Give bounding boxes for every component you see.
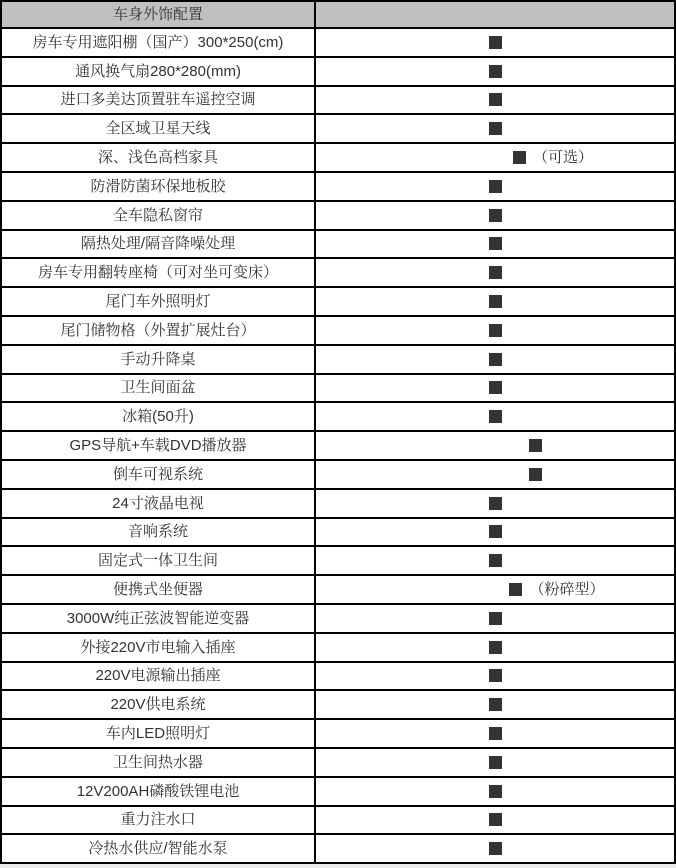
check-square-icon (489, 497, 502, 510)
check-content (489, 381, 502, 394)
feature-label: 冰箱(50升) (2, 403, 316, 430)
check-square-icon (489, 122, 502, 135)
feature-label: 房车专用翻转座椅（可对坐可变床） (2, 259, 316, 286)
table-row: 房车专用遮阳棚（国产）300*250(cm) (2, 29, 674, 58)
check-square-icon (489, 93, 502, 106)
feature-label: 卫生间热水器 (2, 749, 316, 776)
check-cell (316, 202, 674, 229)
table-row: 尾门车外照明灯 (2, 288, 674, 317)
check-square-icon (489, 180, 502, 193)
check-cell (316, 58, 674, 85)
check-content (489, 612, 502, 625)
table-row: 全车隐私窗帘 (2, 202, 674, 231)
check-square-icon (489, 612, 502, 625)
feature-label: 倒车可视系统 (2, 461, 316, 488)
check-content: （可选） (513, 150, 593, 165)
check-content (489, 180, 502, 193)
check-square-icon (489, 698, 502, 711)
check-square-icon (489, 36, 502, 49)
check-cell (316, 519, 674, 546)
table-row: 车内LED照明灯 (2, 720, 674, 749)
check-cell (316, 547, 674, 574)
check-content (489, 295, 502, 308)
check-cell (316, 663, 674, 690)
feature-label: 24寸液晶电视 (2, 490, 316, 517)
check-square-icon (489, 266, 502, 279)
check-cell (316, 749, 674, 776)
check-square-icon (529, 468, 542, 481)
check-content (489, 554, 502, 567)
check-content (489, 669, 502, 682)
check-content (489, 122, 502, 135)
feature-label: 尾门车外照明灯 (2, 288, 316, 315)
check-cell (316, 490, 674, 517)
check-square-icon (489, 554, 502, 567)
check-cell: （粉碎型） (316, 576, 674, 603)
feature-label: 尾门储物格（外置扩展灶台） (2, 317, 316, 344)
table-row: 手动升降桌 (2, 346, 674, 375)
feature-label: 便携式坐便器 (2, 576, 316, 603)
table-row: 外接220V市电输入插座 (2, 634, 674, 663)
table-row: 通风换气扇280*280(mm) (2, 58, 674, 87)
table-row: 倒车可视系统 (2, 461, 674, 490)
feature-label: 12V200AH磷酸铁锂电池 (2, 778, 316, 805)
check-content (489, 698, 502, 711)
check-square-icon (489, 295, 502, 308)
check-square-icon (489, 756, 502, 769)
table-header-right (316, 2, 674, 27)
check-content (489, 410, 502, 423)
check-content (489, 641, 502, 654)
check-square-icon (489, 669, 502, 682)
check-cell (316, 173, 674, 200)
table-row: 24寸液晶电视 (2, 490, 674, 519)
feature-label: 220V电源输出插座 (2, 663, 316, 690)
table-row: 隔热处理/隔音降噪处理 (2, 231, 674, 260)
check-cell (316, 432, 674, 459)
check-cell (316, 835, 674, 862)
check-content (489, 324, 502, 337)
feature-label: 全车隐私窗帘 (2, 202, 316, 229)
check-cell (316, 259, 674, 286)
check-cell (316, 605, 674, 632)
table-row: 尾门储物格（外置扩展灶台） (2, 317, 674, 346)
check-square-icon (509, 583, 522, 596)
table-row: 防滑防菌环保地板胶 (2, 173, 674, 202)
feature-label: 通风换气扇280*280(mm) (2, 58, 316, 85)
feature-label: 全区域卫星天线 (2, 115, 316, 142)
table-row: 进口多美达顶置驻车遥控空调 (2, 87, 674, 116)
check-square-icon (489, 525, 502, 538)
check-content (489, 842, 502, 855)
check-square-icon (529, 439, 542, 452)
table-row: 音响系统 (2, 519, 674, 548)
check-cell (316, 634, 674, 661)
check-content (489, 353, 502, 366)
table-row: 220V供电系统 (2, 691, 674, 720)
check-cell (316, 87, 674, 114)
table-row: 固定式一体卫生间 (2, 547, 674, 576)
check-cell (316, 691, 674, 718)
table-row: 卫生间面盆 (2, 375, 674, 404)
table-row: 3000W纯正弦波智能逆变器 (2, 605, 674, 634)
table-row: 卫生间热水器 (2, 749, 674, 778)
table-row: 冷热水供应/智能水泵 (2, 835, 674, 862)
table-row: 220V电源输出插座 (2, 663, 674, 692)
check-content (489, 525, 502, 538)
check-cell: （可选） (316, 144, 674, 171)
feature-label: 防滑防菌环保地板胶 (2, 173, 316, 200)
feature-label: 重力注水口 (2, 807, 316, 834)
check-note: （可选） (533, 150, 593, 165)
feature-label: 车内LED照明灯 (2, 720, 316, 747)
check-content (529, 468, 542, 481)
table-row: 房车专用翻转座椅（可对坐可变床） (2, 259, 674, 288)
feature-label: 外接220V市电输入插座 (2, 634, 316, 661)
check-content (489, 65, 502, 78)
check-square-icon (489, 65, 502, 78)
table-row: GPS导航+车载DVD播放器 (2, 432, 674, 461)
check-content (489, 756, 502, 769)
check-content (489, 237, 502, 250)
check-cell (316, 231, 674, 258)
check-square-icon (489, 842, 502, 855)
feature-label: 进口多美达顶置驻车遥控空调 (2, 87, 316, 114)
check-cell (316, 29, 674, 56)
check-content (489, 813, 502, 826)
table-row: 冰箱(50升) (2, 403, 674, 432)
table-header-row: 车身外饰配置 (2, 2, 674, 29)
check-content (489, 785, 502, 798)
table-row: 重力注水口 (2, 807, 674, 836)
check-square-icon (489, 381, 502, 394)
check-cell (316, 403, 674, 430)
feature-label: 隔热处理/隔音降噪处理 (2, 231, 316, 258)
feature-label: 220V供电系统 (2, 691, 316, 718)
table-row: 深、浅色高档家具 （可选） (2, 144, 674, 173)
feature-label: GPS导航+车载DVD播放器 (2, 432, 316, 459)
table-header-left: 车身外饰配置 (2, 2, 316, 27)
spec-table: 车身外饰配置 房车专用遮阳棚（国产）300*250(cm) 通风换气扇280*2… (0, 0, 676, 864)
check-content (489, 93, 502, 106)
check-content (489, 36, 502, 49)
check-square-icon (489, 410, 502, 423)
check-cell (316, 807, 674, 834)
check-content (489, 209, 502, 222)
check-content (489, 266, 502, 279)
check-note: （粉碎型） (529, 582, 604, 597)
check-cell (316, 375, 674, 402)
feature-label: 冷热水供应/智能水泵 (2, 835, 316, 862)
check-square-icon (513, 151, 526, 164)
check-square-icon (489, 209, 502, 222)
feature-label: 手动升降桌 (2, 346, 316, 373)
check-cell (316, 720, 674, 747)
table-row: 12V200AH磷酸铁锂电池 (2, 778, 674, 807)
feature-label: 固定式一体卫生间 (2, 547, 316, 574)
feature-label: 3000W纯正弦波智能逆变器 (2, 605, 316, 632)
check-cell (316, 115, 674, 142)
check-cell (316, 778, 674, 805)
check-content (489, 497, 502, 510)
check-square-icon (489, 324, 502, 337)
table-row: 全区域卫星天线 (2, 115, 674, 144)
check-square-icon (489, 813, 502, 826)
feature-label: 房车专用遮阳棚（国产）300*250(cm) (2, 29, 316, 56)
feature-label: 音响系统 (2, 519, 316, 546)
check-content: （粉碎型） (509, 582, 604, 597)
check-square-icon (489, 785, 502, 798)
feature-label: 卫生间面盆 (2, 375, 316, 402)
check-square-icon (489, 727, 502, 740)
check-cell (316, 288, 674, 315)
check-cell (316, 461, 674, 488)
check-square-icon (489, 353, 502, 366)
check-content (529, 439, 542, 452)
table-row: 便携式坐便器 （粉碎型） (2, 576, 674, 605)
check-square-icon (489, 641, 502, 654)
feature-label: 深、浅色高档家具 (2, 144, 316, 171)
check-square-icon (489, 237, 502, 250)
check-content (489, 727, 502, 740)
check-cell (316, 346, 674, 373)
check-cell (316, 317, 674, 344)
